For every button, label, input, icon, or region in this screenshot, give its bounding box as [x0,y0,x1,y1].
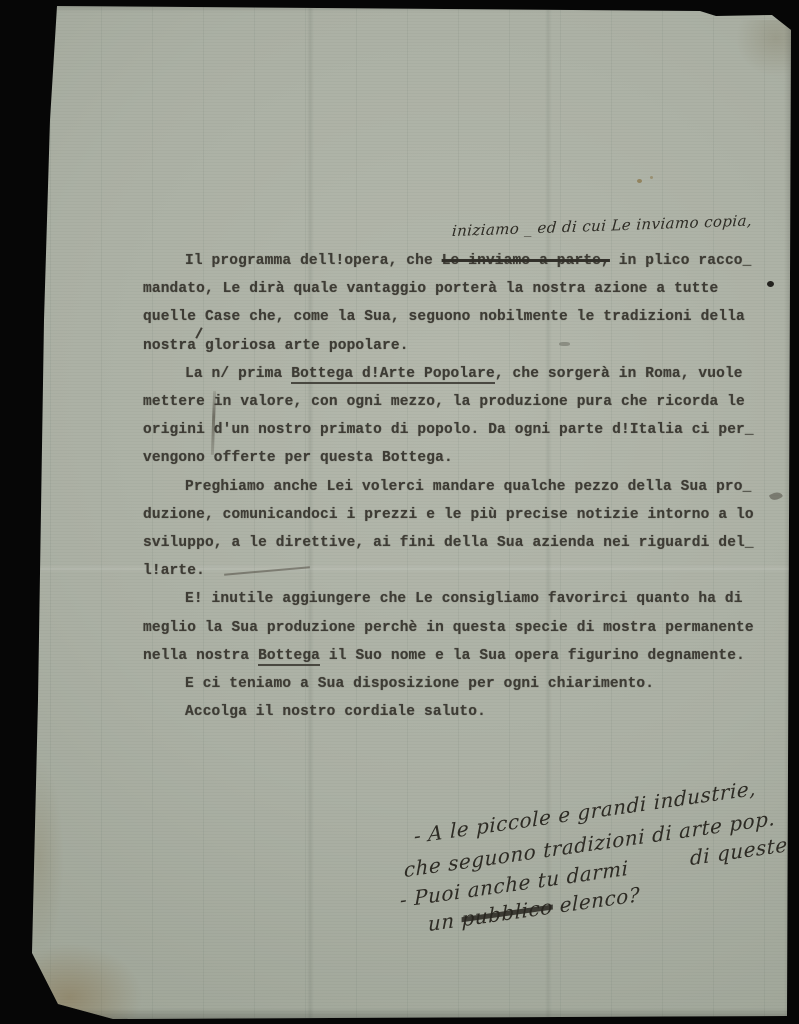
corner-stain [18,895,188,1020]
note-segment: un [428,907,462,936]
underlined-word: Bottega [258,648,320,666]
typed-segment: il Suo nome e la Sua opera figurino degn… [320,648,745,664]
typed-line: meglio la Sua produzione perchè in quest… [143,620,754,636]
typed-line: origini d'un nostro primato di popolo. D… [143,422,754,438]
note-line-3: - Puoi anche tu darmi [400,856,629,912]
left-edge-stain [24,690,94,970]
scribbled-word: pubblico [462,894,553,931]
handwritten-insertion: iniziamo _ ed di cui Le inviamo copia, [451,211,752,240]
typed-line: mettere in valore, con ogni mezzo, la pr… [143,394,745,410]
paragraph-5: E ci teniamo a Sua disposizione per ogni… [143,670,771,698]
typed-line: E ci teniamo a Sua disposizione per ogni… [185,676,654,692]
typed-segment: Il programma dell!opera, che [185,253,442,269]
stain-speck [650,176,653,179]
typed-line: vengono offerte per questa Bottega. [143,450,453,466]
typed-line: quelle Case che, come la Sua, seguono no… [143,309,745,325]
paragraph-2: La n/ prima Bottega d!Arte Popolare, che… [143,360,771,473]
typed-segment: nella nostra [143,648,258,664]
letter-page: iniziamo _ ed di cui Le inviamo copia, I… [0,0,799,1024]
typed-line: nostra gloriosa arte popolare. [143,338,409,354]
top-right-stain [700,20,795,110]
typed-line: Accolga il nostro cordiale saluto. [185,704,486,720]
note-line-4: un pubblico elenco? [428,882,640,936]
struck-phrase: Le inviamo a parte, [442,253,610,269]
scan-background: iniziamo _ ed di cui Le inviamo copia, I… [0,0,799,1024]
note-line-2: che seguono tradizioni di arte pop. [404,806,775,882]
typed-line: sviluppo, a le direttive, ai fini della … [143,535,754,551]
typed-line: Preghiamo anche Lei volerci mandare qual… [185,479,752,495]
typed-line: l!arte. [143,563,205,579]
paragraph-1: Il programma dell!opera, che Le inviamo … [143,247,771,360]
paragraph-6: Accolga il nostro cordiale saluto. [143,698,771,726]
typed-line: mandato, Le dirà quale vantaggio porterà… [143,281,718,297]
typed-line: E! inutile aggiungere che Le consigliamo… [185,591,743,607]
note-line-2b: di queste [690,832,788,870]
note-segment: elenco? [553,882,640,918]
typed-segment: La n/ prima [185,366,291,382]
typed-segment: in plico racco_ [610,253,752,269]
underlined-title: Bottega d!Arte Popolare [291,366,495,384]
typed-segment: , che sorgerà in Roma, vuole [495,366,743,382]
stain-speck [637,179,642,183]
paragraph-4: E! inutile aggiungere che Le consigliamo… [143,585,771,670]
typed-text-block: Il programma dell!opera, che Le inviamo … [143,247,771,726]
typed-line: duzione, comunicandoci i prezzi e le più… [143,507,754,523]
note-line-1: - A le piccole e grandi industrie, [414,776,756,848]
paragraph-3: Preghiamo anche Lei volerci mandare qual… [143,473,771,586]
